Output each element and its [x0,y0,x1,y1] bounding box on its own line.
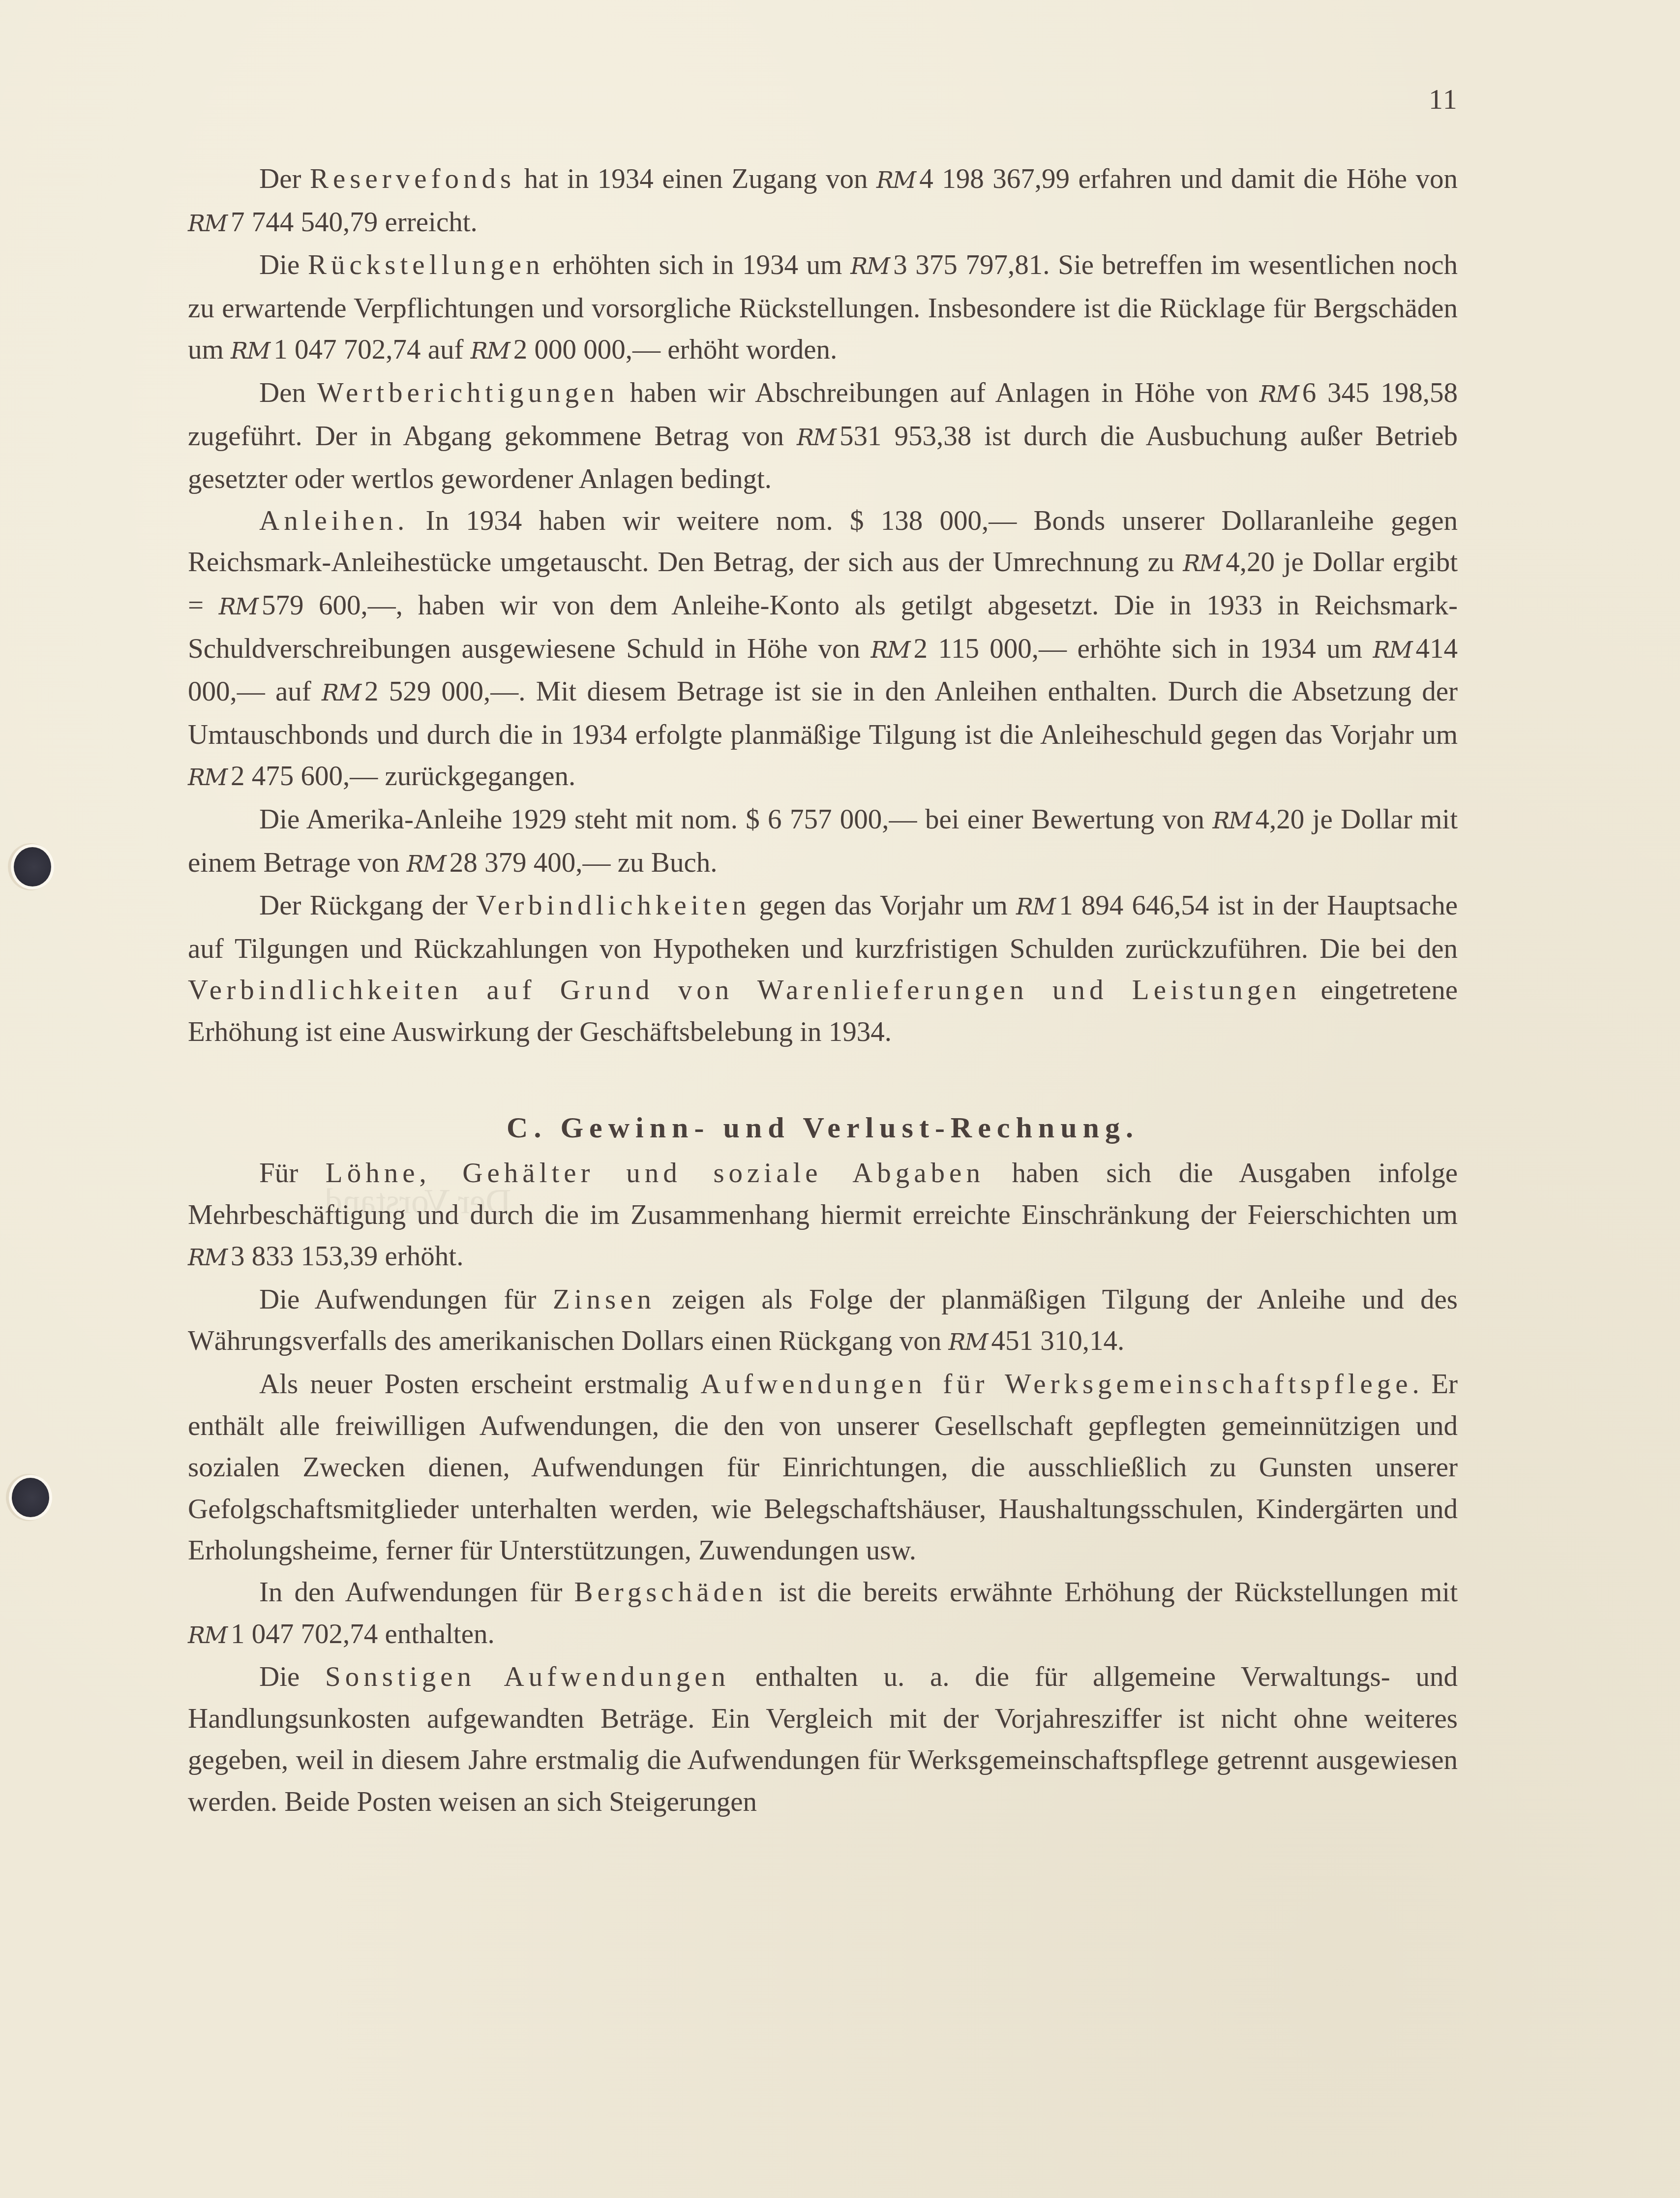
text-run: 451 310,14. [991,1325,1124,1356]
text-run: 2 115 000,— erhöhte sich in 1934 um [914,633,1373,664]
text-run: Den [259,377,317,408]
emphasized-term: Anleihen. [259,505,409,536]
reichsmark-symbol: RM [188,211,227,237]
text-run: 1 047 702,74 auf [273,334,471,365]
reichsmark-symbol: RM [1373,637,1411,664]
text-run: Für [259,1158,326,1189]
paragraph-wertberichtigungen: Den Wertberichtigungen haben wir Abschre… [188,372,1458,500]
punch-hole-top [14,847,51,886]
paragraph-rueckstellungen: Die Rückstellungen erhöhten sich in 1934… [188,244,1458,372]
reichsmark-symbol: RM [797,425,836,451]
reichsmark-symbol: RM [219,594,258,620]
reichsmark-symbol: RM [407,851,446,878]
emphasized-term: Aufwendungen für Werksgemeinschafts­pfle… [700,1369,1412,1400]
text-run: Die Aufwendungen für [259,1284,553,1315]
reichsmark-symbol: RM [876,167,915,194]
section-c-profit-loss: Für Löhne, Gehälter und soziale Abgaben … [188,1153,1458,1823]
text-run: Der [259,163,310,194]
paragraph-bergschaeden: In den Aufwendungen für Bergschäden ist … [188,1572,1458,1656]
text-run: Die [259,249,308,280]
text-run: 4 198 367,99 erfahren und damit die Höhe… [919,163,1458,194]
reichsmark-symbol: RM [871,637,910,664]
reichsmark-symbol: RM [850,253,889,280]
paragraph-loehne: Für Löhne, Gehälter und soziale Abgaben … [188,1153,1458,1279]
text-run: Der Rückgang der [259,890,476,921]
paragraph-werksgemeinschaftspflege: Als neuer Posten erscheint erstmalig Auf… [188,1364,1458,1572]
reichsmark-symbol: RM [1260,381,1298,408]
emphasized-term: Wertberichtigungen [317,377,619,408]
reichsmark-symbol: RM [231,338,270,365]
text-run: Die [259,1661,325,1692]
reichsmark-symbol: RM [188,1245,227,1271]
reichsmark-symbol: RM [1183,550,1222,577]
reichsmark-symbol: RM [188,764,227,791]
document-body: Der Reservefonds hat in 1934 einen Zugan… [188,158,1458,1823]
emphasized-term: Verbindlichkeiten auf Grund von Waren­li… [188,975,1301,1006]
text-run: 1 047 702,74 enthalten. [231,1618,495,1649]
reichsmark-symbol: RM [1016,894,1055,920]
paragraph-zinsen: Die Aufwendungen für Zinsen zeigen als F… [188,1279,1458,1364]
reichsmark-symbol: RM [322,680,360,706]
page-number: 11 [1429,83,1458,116]
emphasized-term: Zinsen [553,1284,656,1315]
text-run: In den Aufwendungen für [259,1577,574,1608]
emphasized-term: Bergschäden [574,1577,767,1608]
reichsmark-symbol: RM [1212,808,1251,834]
reichsmark-symbol: RM [188,1622,227,1649]
text-run: gegen das Vorjahr um [750,890,1016,921]
paragraph-verbindlichkeiten: Der Rückgang der Verbindlichkeiten gegen… [188,885,1458,1053]
paragraph-sonstige: Die Sonstigen Aufwendungen enthalten u. … [188,1656,1458,1823]
text-run: hat in 1934 einen Zugang von [515,163,876,194]
text-run: erhöhten sich in 1934 um [544,249,851,280]
text-run: 2 529 000,—. Mit diesem Betrage ist sie … [188,676,1458,750]
reichsmark-symbol: RM [471,338,510,365]
text-run: 2 475 600,— zurückgegangen. [231,761,575,792]
text-run: haben wir Abschreibungen auf Anlagen in … [619,377,1260,408]
section-b-balance-notes: Der Reservefonds hat in 1934 einen Zugan… [188,158,1458,1053]
emphasized-term: Sonstigen Aufwendungen [325,1661,730,1692]
punch-hole-bottom [12,1478,49,1517]
emphasized-term: Reservefonds [310,163,515,194]
text-run: 2 000 000,— erhöht worden. [513,334,838,365]
reichsmark-symbol: RM [948,1329,987,1356]
emphasized-term: Verbindlichkeiten [476,890,750,921]
paragraph-anleihen: Anleihen. In 1934 haben wir weitere nom.… [188,500,1458,799]
emphasized-term: Löhne, Gehälter und soziale Abgaben [326,1158,985,1189]
section-c-heading: C. Gewinn- und Verlust-Rechnung. [188,1107,1458,1149]
text-run: Als neuer Posten erscheint erstmalig [259,1369,700,1400]
text-run: 7 744 540,79 erreicht. [231,207,478,238]
text-run: ist die bereits erwähnte Erhöhung der Rü… [767,1577,1458,1608]
emphasized-term: Rückstellungen [308,249,544,280]
text-run: 28 379 400,— zu Buch. [450,847,718,878]
paragraph-amerika-anleihe: Die Amerika-Anleihe 1929 steht mit nom. … [188,799,1458,885]
text-run: Die Amerika-Anleihe 1929 steht mit nom. … [259,804,1212,835]
text-run: 3 833 153,39 erhöht. [231,1241,463,1272]
paragraph-reservefonds: Der Reservefonds hat in 1934 einen Zugan… [188,158,1458,244]
